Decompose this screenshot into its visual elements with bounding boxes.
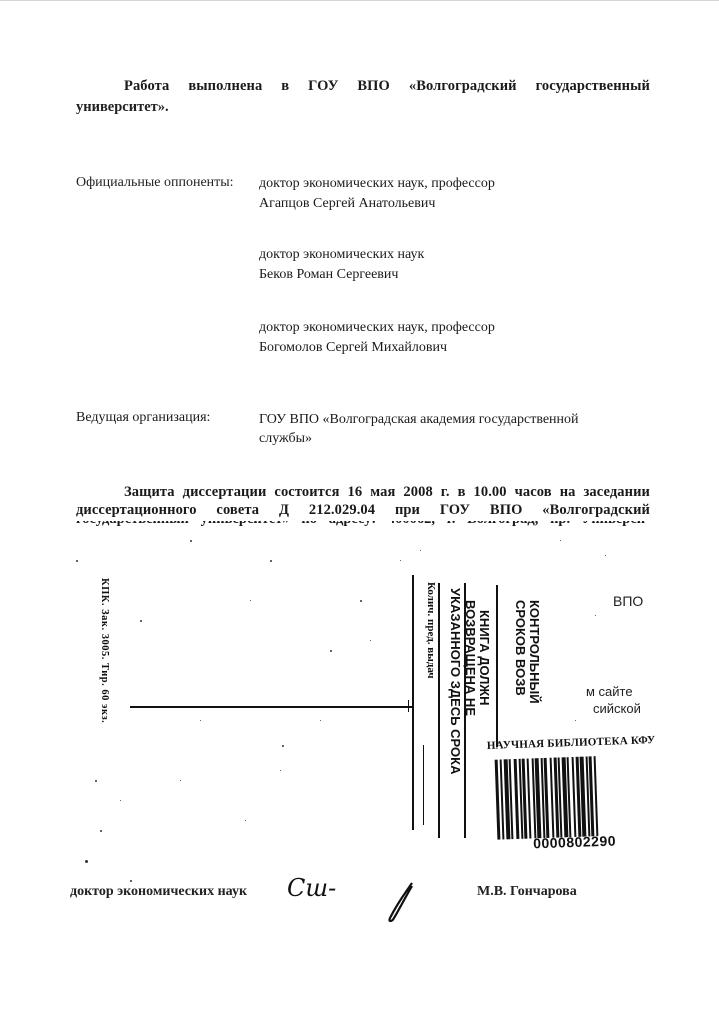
fragment-vpo: ВПО <box>613 593 643 609</box>
intro-line-1: Работа выполнена в ГОУ ВПО «Волгоградски… <box>76 78 650 95</box>
signature-title: доктор экономических наук <box>70 884 247 900</box>
defense-paragraph-line-2: диссертационного совета Д 212.029.04 при… <box>76 502 650 519</box>
issue-codes-label: Колич. пред. выдач <box>425 582 437 679</box>
return-notice-line-1: КНИГА ДОЛЖН <box>477 610 491 706</box>
return-notice-line-3: УКАЗАННОГО ЗДЕСЬ СРОКА <box>448 588 462 775</box>
leading-org-value: ГОУ ВПО «Волгоградская академия государс… <box>259 410 579 448</box>
stamp-vertical-line-1 <box>412 575 414 830</box>
control-title-line-1: КОНТРОЛЬНЫЙ <box>527 600 541 704</box>
opponent-2-title: доктор экономических наук <box>259 245 424 265</box>
defense-line-2: диссертационного совета Д 212.029.04 при… <box>76 502 650 519</box>
signature-scribble: Сш- <box>287 874 336 902</box>
library-label: НАУЧНАЯ БИБЛИОТЕКА КФУ <box>476 734 666 753</box>
opponent-2: доктор экономических наук Беков Роман Се… <box>259 245 424 285</box>
stamp-vertical-line-2 <box>438 583 440 838</box>
opponent-1-title: доктор экономических наук, профессор <box>259 174 495 194</box>
issue-codes-underline <box>423 745 424 825</box>
opponents-label: Официальные оппоненты: <box>76 174 234 191</box>
stamp-divider-line <box>130 706 413 708</box>
opponent-3-name: Богомолов Сергей Михайлович <box>259 338 495 358</box>
barcode-icon <box>495 754 658 840</box>
intro-paragraph: Работа выполнена в ГОУ ВПО «Волгоградски… <box>76 78 650 95</box>
signature-name: М.В. Гончарова <box>477 884 577 900</box>
library-barcode-sticker: НАУЧНАЯ БИБЛИОТЕКА КФУ 0000802290 <box>476 732 670 864</box>
signature-stroke-icon <box>382 880 422 925</box>
stamp-tick <box>408 700 409 712</box>
defense-line-1: Защита диссертации состоится 16 мая 2008… <box>76 484 650 501</box>
fragment-site: м сайте <box>586 684 633 699</box>
defense-paragraph-line-1: Защита диссертации состоится 16 мая 2008… <box>76 484 650 501</box>
opponent-3: доктор экономических наук, профессор Бог… <box>259 318 495 358</box>
intro-line-2: университет». <box>76 99 169 116</box>
opponent-1-name: Агапцов Сергей Анатольевич <box>259 194 495 214</box>
return-notice-line-2: ВОЗВРАЩЕНА НЕ <box>463 600 477 716</box>
opponent-3-title: доктор экономических наук, профессор <box>259 318 495 338</box>
fragment-russian: сийской <box>593 701 641 716</box>
leading-org-line-1: ГОУ ВПО «Волгоградская академия государс… <box>259 410 579 429</box>
control-title-line-2: СРОКОВ ВОЗВ <box>513 600 527 696</box>
opponent-2-name: Беков Роман Сергеевич <box>259 265 424 285</box>
stamp-vertical-line-4 <box>496 585 498 747</box>
opponent-1: доктор экономических наук, профессор Ага… <box>259 174 495 214</box>
defense-paragraph-cut-line: государственный университет» по адресу: … <box>76 521 650 529</box>
page-top-edge <box>0 0 719 1</box>
defense-line-3: государственный университет» по адресу: … <box>76 521 650 528</box>
printer-info: КПК. Зак. 3005. Тир. 60 экз. <box>99 578 110 723</box>
leading-org-label: Ведущая организация: <box>76 410 210 426</box>
leading-org-line-2: службы» <box>259 429 579 448</box>
